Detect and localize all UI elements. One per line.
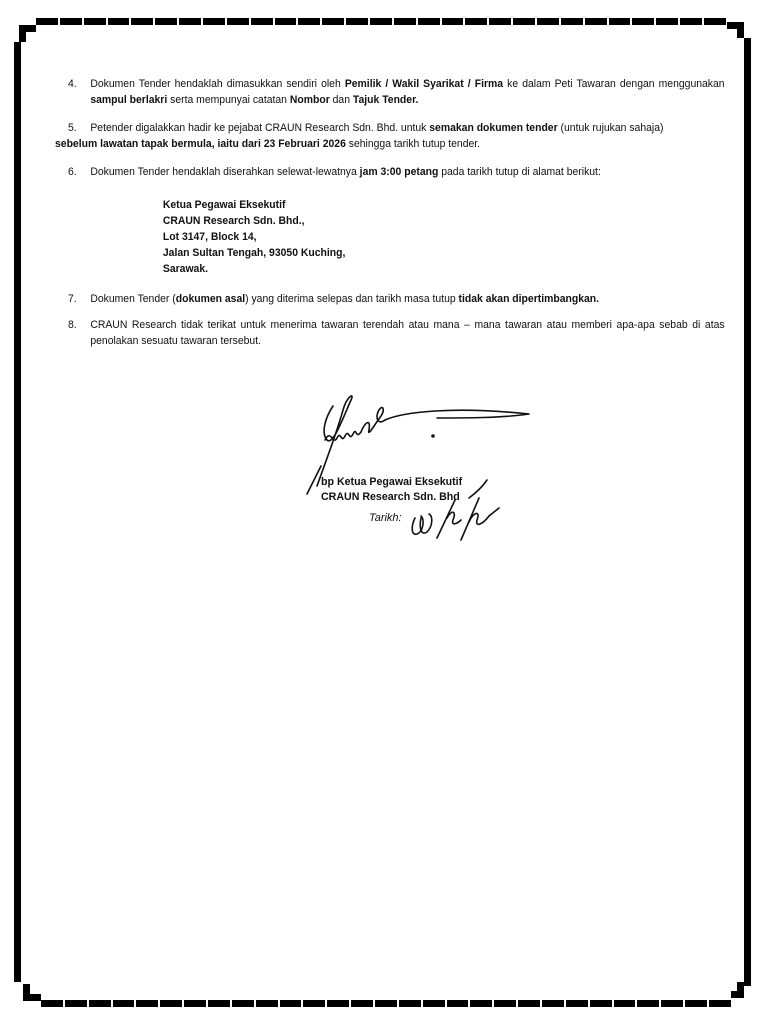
item-continuation-text: sebelum lawatan tapak bermula, iaitu dar… [55, 138, 480, 150]
emphasis-text: tidak akan dipertimbangkan. [459, 293, 600, 305]
emphasis-text: sampul berlakri [90, 94, 167, 106]
page-border-bottom [41, 1000, 731, 1007]
body-text: pada tarikh tutup di alamat berikut: [438, 166, 601, 178]
list-item: 5. Petender digalakkan hadir ke pejabat … [55, 120, 725, 136]
item-text: CRAUN Research tidak terikat untuk mener… [90, 319, 724, 347]
item-text: Dokumen Tender hendaklah diserahkan sele… [90, 166, 601, 178]
body-text: ke dalam Peti Tawaran dengan menggunakan [503, 78, 725, 90]
item-continuation: sebelum lawatan tapak bermula, iaitu dar… [55, 136, 725, 152]
date-label: Tarikh: [369, 512, 402, 524]
body-text: Dokumen Tender hendaklah dimasukkan send… [90, 78, 344, 90]
address-block: Ketua Pegawai Eksekutif CRAUN Research S… [163, 197, 725, 277]
emphasis-text: sebelum lawatan tapak bermula, iaitu dar… [55, 138, 346, 150]
address-line: CRAUN Research Sdn. Bhd., [163, 213, 725, 229]
emphasis-text: Tajuk Tender. [353, 94, 419, 106]
border-corner-bottom-right [731, 991, 744, 998]
signatory-title: Ketua Pegawai Eksekutif [337, 476, 462, 488]
list-item: 6. Dokumen Tender hendaklah diserahkan s… [55, 164, 725, 277]
emphasis-text: jam 3:00 petang [360, 166, 439, 178]
body-text: dan [330, 94, 353, 106]
body-text: Dokumen Tender ( [90, 293, 175, 305]
body-text: ) yang diterima selepas dan tarikh masa … [245, 293, 458, 305]
body-text: Dokumen Tender hendaklah diserahkan sele… [90, 166, 359, 178]
border-corner-top-right [737, 22, 744, 38]
body-text: sehingga tarikh tutup tender. [346, 138, 480, 150]
list-item: 8. CRAUN Research tidak terikat untuk me… [55, 317, 725, 349]
item-number: 8. [68, 317, 77, 333]
item-number: 6. [68, 164, 77, 180]
item-number: 7. [68, 291, 77, 307]
handwritten-signature-icon [303, 388, 543, 548]
item-number: 4. [68, 76, 77, 92]
item-text: Dokumen Tender hendaklah dimasukkan send… [90, 78, 724, 106]
border-corner-bottom-left [23, 994, 41, 1001]
item-text: Dokumen Tender (dokumen asal) yang diter… [90, 293, 599, 305]
page-border-top [36, 18, 726, 25]
body-text: serta mempunyai catatan [167, 94, 290, 106]
signatory-title-line: bp Ketua Pegawai Eksekutif [321, 475, 462, 490]
address-line: Sarawak. [163, 261, 725, 277]
address-line: Ketua Pegawai Eksekutif [163, 197, 725, 213]
item-number: 5. [68, 120, 77, 136]
page-border-left [14, 42, 21, 982]
border-corner-top-left [19, 25, 26, 42]
document-body: 4. Dokumen Tender hendaklah dimasukkan s… [55, 76, 725, 349]
emphasis-text: Pemilik / Wakil Syarikat / Firma [345, 78, 503, 90]
on-behalf-prefix: bp [321, 476, 334, 488]
signature-block: bp Ketua Pegawai Eksekutif CRAUN Researc… [303, 388, 543, 548]
body-text: CRAUN Research tidak terikat untuk mener… [90, 319, 724, 347]
signatory-company: CRAUN Research Sdn. Bhd [321, 490, 462, 505]
body-text: (untuk rujukan sahaja) [558, 122, 664, 134]
list-item: 7. Dokumen Tender (dokumen asal) yang di… [55, 291, 725, 307]
body-text: Petender digalakkan hadir ke pejabat CRA… [90, 122, 429, 134]
emphasis-text: Nombor [290, 94, 330, 106]
signatory-details: bp Ketua Pegawai Eksekutif CRAUN Researc… [321, 475, 462, 505]
emphasis-text: semakan dokumen tender [429, 122, 557, 134]
emphasis-text: dokumen asal [176, 293, 245, 305]
page-border-right [744, 38, 751, 986]
item-text: Petender digalakkan hadir ke pejabat CRA… [90, 122, 663, 134]
address-line: Jalan Sultan Tengah, 93050 Kuching, [163, 245, 725, 261]
address-line: Lot 3147, Block 14, [163, 229, 725, 245]
list-item: 4. Dokumen Tender hendaklah dimasukkan s… [55, 76, 725, 108]
